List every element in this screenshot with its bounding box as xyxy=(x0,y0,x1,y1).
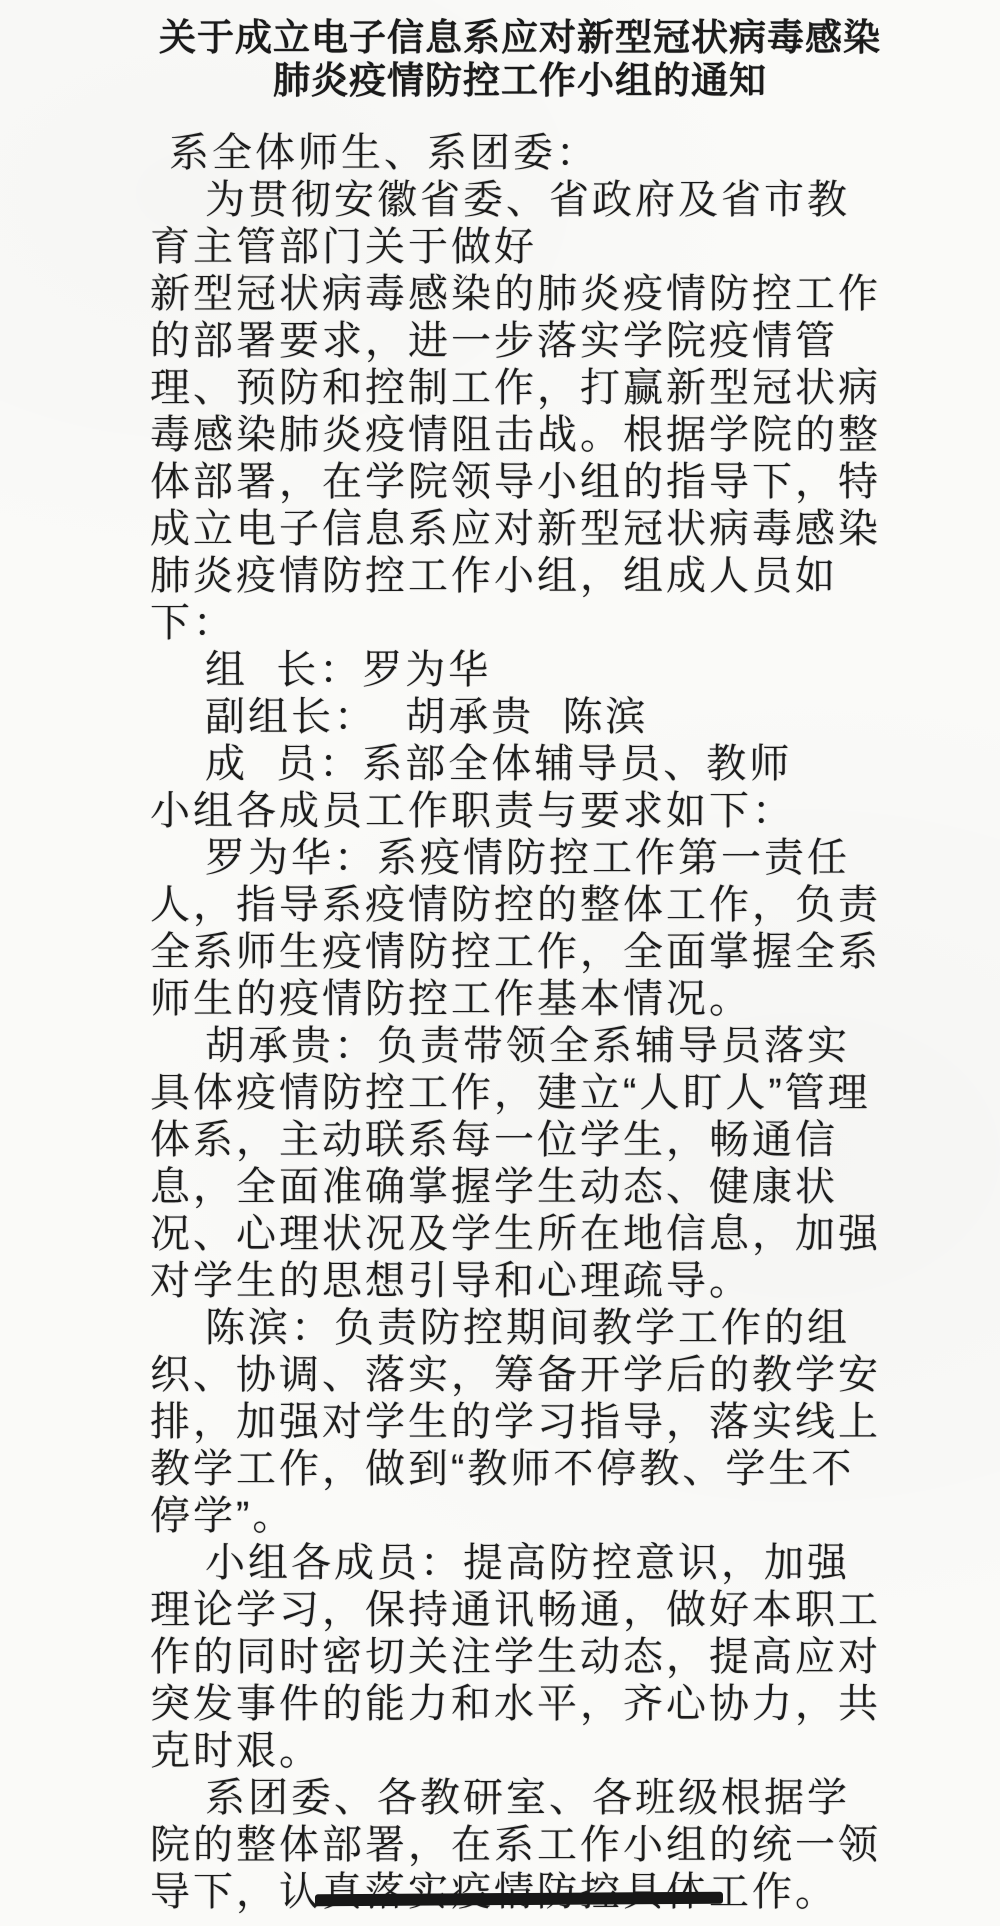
text-line: 织、协调、落实，筹备开学后的教学安 xyxy=(150,1352,890,1399)
text-line: 体系，主动联系每一位学生，畅通信 xyxy=(150,1117,890,1164)
text-line: 成立电子信息系应对新型冠状病毒感染 xyxy=(150,506,890,553)
text-line: 全系师生疫情防控工作，全面掌握全系 xyxy=(150,929,890,976)
text-line: 突发事件的能力和水平，齐心协力，共 xyxy=(150,1681,890,1728)
text-line: 育主管部门关于做好 xyxy=(150,224,890,271)
text-line: 小组各成员工作职责与要求如下： xyxy=(150,788,890,835)
notice-page: 关于成立电子信息系应对新型冠状病毒感染 肺炎疫情防控工作小组的通知 系全体师生、… xyxy=(0,0,1000,1926)
body-lines: 系全体师生、系团委：为贯彻安徽省委、省政府及省市教育主管部门关于做好新型冠状病毒… xyxy=(150,130,890,1869)
text-line: 副组长： 胡承贵 陈滨 xyxy=(150,694,890,741)
notice-title-line1: 关于成立电子信息系应对新型冠状病毒感染 xyxy=(150,16,890,59)
text-line: 克时艰。 xyxy=(150,1728,890,1775)
text-line: 肺炎疫情防控工作小组，组成人员如 xyxy=(150,553,890,600)
text-line: 组 长：罗为华 xyxy=(150,647,890,694)
text-line: 院的整体部署，在系工作小组的统一领 xyxy=(150,1822,890,1869)
strikethrough-bar xyxy=(315,1892,723,1906)
text-line: 小组各成员：提高防控意识，加强 xyxy=(150,1540,890,1587)
text-line: 理论学习，保持通讯畅通，做好本职工 xyxy=(150,1587,890,1634)
text-line: 陈滨：负责防控期间教学工作的组 xyxy=(150,1305,890,1352)
notice-body: 系全体师生、系团委：为贯彻安徽省委、省政府及省市教育主管部门关于做好新型冠状病毒… xyxy=(150,130,890,1916)
text-line: 系全体师生、系团委： xyxy=(150,130,890,177)
text-line: 息，全面准确掌握学生动态、健康状 xyxy=(150,1164,890,1211)
text-line: 新型冠状病毒感染的肺炎疫情防控工作 xyxy=(150,271,890,318)
text-line: 师生的疫情防控工作基本情况。 xyxy=(150,976,890,1023)
final-line-struck: 真落实疫情防控具体 xyxy=(322,1869,709,1916)
text-line: 对学生的思想引导和心理疏导。 xyxy=(150,1258,890,1305)
text-line: 排，加强对学生的学习指导，落实线上 xyxy=(150,1399,890,1446)
notice-document: 关于成立电子信息系应对新型冠状病毒感染 肺炎疫情防控工作小组的通知 系全体师生、… xyxy=(0,0,1000,1916)
text-line: 下： xyxy=(150,600,890,647)
notice-title: 关于成立电子信息系应对新型冠状病毒感染 肺炎疫情防控工作小组的通知 xyxy=(150,16,890,102)
text-line: 系团委、各教研室、各班级根据学 xyxy=(150,1775,890,1822)
text-line: 毒感染肺炎疫情阻击战。根据学院的整 xyxy=(150,412,890,459)
text-line: 况、心理状况及学生所在地信息，加强 xyxy=(150,1211,890,1258)
final-line-pre: 导下，认 xyxy=(150,1870,322,1914)
text-line: 作的同时密切关注学生动态，提高应对 xyxy=(150,1634,890,1681)
text-line: 体部署，在学院领导小组的指导下，特 xyxy=(150,459,890,506)
final-line-post: 工作。 xyxy=(709,1870,838,1914)
text-line: 胡承贵：负责带领全系辅导员落实 xyxy=(150,1023,890,1070)
notice-title-line2: 肺炎疫情防控工作小组的通知 xyxy=(150,59,890,102)
text-line: 为贯彻安徽省委、省政府及省市教 xyxy=(150,177,890,224)
text-line: 具体疫情防控工作，建立“人盯人”管理 xyxy=(150,1070,890,1117)
text-line: 成 员：系部全体辅导员、教师 xyxy=(150,741,890,788)
text-line: 的部署要求，进一步落实学院疫情管 xyxy=(150,318,890,365)
text-line: 罗为华：系疫情防控工作第一责任 xyxy=(150,835,890,882)
text-line: 人，指导系疫情防控的整体工作，负责 xyxy=(150,882,890,929)
text-line: 教学工作，做到“教师不停教、学生不 xyxy=(150,1446,890,1493)
text-line: 理、预防和控制工作，打赢新型冠状病 xyxy=(150,365,890,412)
final-line: 导下，认真落实疫情防控具体工作。 xyxy=(150,1869,890,1916)
text-line: 停学”。 xyxy=(150,1493,890,1540)
